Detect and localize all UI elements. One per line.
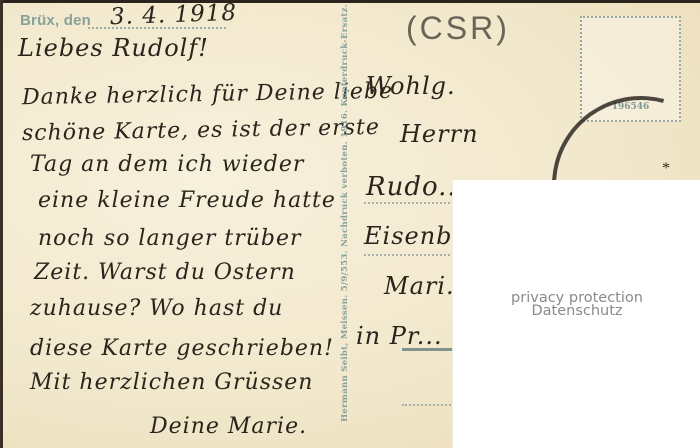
- address-dotted-line: [364, 202, 454, 204]
- signature: Deine Marie.: [150, 414, 307, 439]
- catalog-mark: (CSR): [406, 10, 510, 47]
- message-line: Tag an dem ich wieder: [30, 152, 304, 177]
- message-line: schöne Karte, es ist der erste: [22, 115, 380, 146]
- privacy-text: privacy protection Datenschutz: [453, 292, 700, 318]
- address-line: Herrn: [400, 120, 479, 148]
- address-dotted-line: [402, 404, 454, 406]
- address-dotted-line: [364, 254, 454, 256]
- address-line: Rudo...: [366, 172, 466, 202]
- handwritten-date: 3. 4. 1918: [110, 0, 238, 30]
- address-underline: [402, 348, 454, 351]
- address-line: in Pr...: [356, 322, 443, 350]
- message-line: zuhause? Wo hast du: [30, 296, 283, 321]
- message-line: Danke herzlich für Deine liebe: [22, 79, 393, 110]
- message-line: Mit herzlichen Grüssen: [30, 370, 313, 395]
- message-line: diese Karte geschrieben!: [30, 336, 334, 361]
- message-line: noch so langer trüber: [38, 226, 302, 251]
- address-line: Wohlg.: [366, 72, 456, 100]
- message-line: Zeit. Warst du Ostern: [34, 260, 296, 285]
- privacy-overlay: privacy protection Datenschutz: [452, 180, 700, 448]
- place-label: Brüx, den: [20, 12, 91, 29]
- message-line: Liebes Rudolf!: [18, 34, 209, 62]
- postcard-back: Brüx, den 3. 4. 1918 Liebes Rudolf! Dank…: [0, 0, 700, 448]
- message-line: eine kleine Freude hatte: [38, 188, 336, 213]
- postmark-star-icon: *: [662, 160, 670, 178]
- publisher-imprint: Hermann Seibt, Meissen. 5/9/553. Nachdru…: [340, 4, 354, 434]
- privacy-line-german: Datenschutz: [453, 305, 700, 318]
